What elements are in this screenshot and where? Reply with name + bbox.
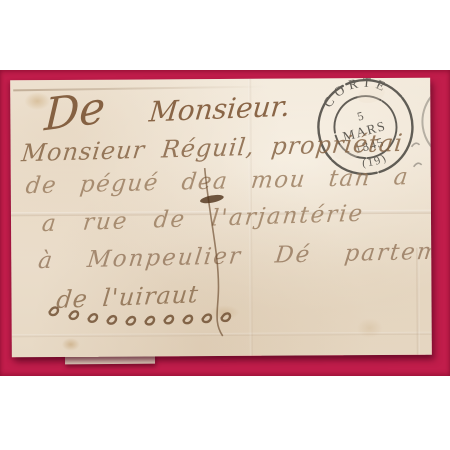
folded-letter: CORTE (19) 5 MARS 1845 De Monsieur. Mons… (10, 78, 432, 358)
underline-dashes-path (50, 306, 231, 325)
postmark-stamp: CORTE (19) 5 MARS 1845 (315, 78, 416, 178)
foxing-stain (357, 318, 383, 338)
foxing-stain (62, 338, 80, 351)
ink-flourish-underline (46, 301, 246, 336)
photo-frame: CORTE (19) 5 MARS 1845 De Monsieur. Mons… (0, 0, 450, 450)
handwriting-line: Monsieur. (148, 90, 292, 129)
handwriting-line: De (43, 82, 106, 142)
ink-blot (199, 193, 224, 204)
postmark-day-text: 5 (356, 109, 365, 124)
